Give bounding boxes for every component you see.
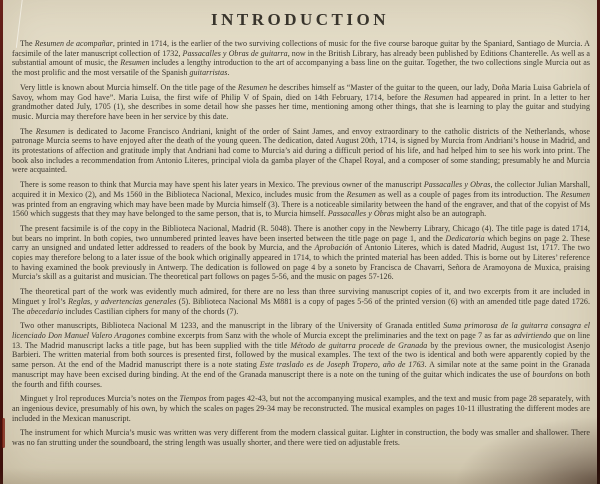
paragraph-9: The instrument for which Murcia’s music … bbox=[12, 428, 590, 447]
paragraph-4: There is some reason to think that Murci… bbox=[12, 180, 590, 219]
paragraph-6: The theoretical part of the work was evi… bbox=[12, 287, 590, 316]
book-page: INTRODUCTION The Resumen de acompañar, p… bbox=[0, 0, 600, 484]
introduction-text: The Resumen de acompañar, printed in 171… bbox=[0, 39, 600, 448]
paragraph-3: The Resumen is dedicated to Jacome Franc… bbox=[12, 127, 590, 176]
paragraph-5: The present facsimile is of the copy in … bbox=[12, 224, 590, 282]
paragraph-1: The Resumen de acompañar, printed in 171… bbox=[12, 39, 590, 78]
page-title: INTRODUCTION bbox=[0, 10, 600, 30]
paragraph-8: Minguet y Irol reproduces Murcia’s notes… bbox=[12, 394, 590, 423]
page-edge-mark bbox=[2, 418, 5, 448]
paragraph-2: Very little is known about Murcia himsel… bbox=[12, 83, 590, 122]
paragraph-7: Two other manuscripts, Biblioteca Nacion… bbox=[12, 321, 590, 389]
page-edge-left bbox=[0, 0, 3, 484]
bottom-shadow-band bbox=[0, 468, 600, 484]
